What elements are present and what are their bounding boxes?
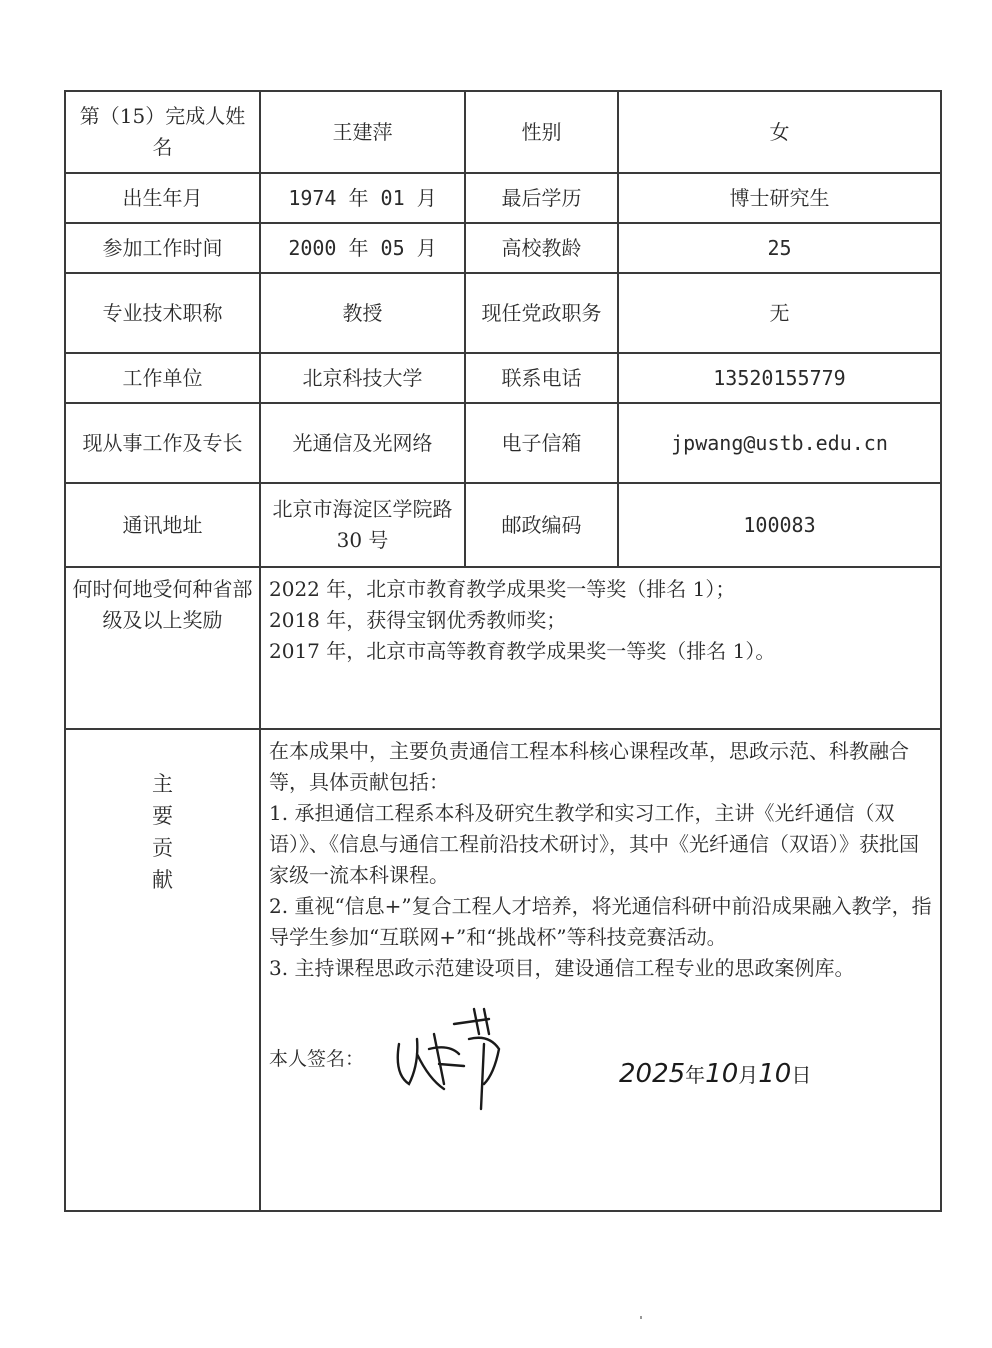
field-value-party-post: 无 [618, 273, 941, 353]
field-label: 现从事工作及专长 [65, 403, 260, 483]
table-row: 现从事工作及专长 光通信及光网络 电子信箱 jpwang@ustb.edu.cn [65, 403, 941, 483]
field-value-phone: 13520155779 [618, 353, 941, 403]
awards-label: 何时何地受何种省部级及以上奖励 [65, 567, 260, 729]
table-row: 专业技术职称 教授 现任党政职务 无 [65, 273, 941, 353]
award-item: 2017 年，北京市高等教育教学成果奖一等奖（排名 1）。 [269, 636, 932, 667]
contribution-paragraph: 2. 重视“信息+”复合工程人才培养，将光通信科研中前沿成果融入教学，指导学生参… [269, 891, 932, 953]
table-row: 通讯地址 北京市海淀区学院路 30 号 邮政编码 100083 [65, 483, 941, 567]
application-form: 第（15）完成人姓名 王建萍 性别 女 出生年月 1974 年 01 月 最后学… [64, 90, 940, 1212]
handwritten-signature-icon [389, 1004, 529, 1114]
table-row: 参加工作时间 2000 年 05 月 高校教龄 25 [65, 223, 941, 273]
contribution-text: 在本成果中，主要负责通信工程本科核心课程改革，思政示范、科教融合等，具体贡献包括… [260, 729, 941, 1211]
table-row: 第（15）完成人姓名 王建萍 性别 女 [65, 91, 941, 173]
awards-list: 2022 年，北京市教育教学成果奖一等奖（排名 1）； 2018 年，获得宝钢优… [260, 567, 941, 729]
field-label: 邮政编码 [465, 483, 618, 567]
field-value-employer: 北京科技大学 [260, 353, 465, 403]
field-label: 出生年月 [65, 173, 260, 223]
field-label: 专业技术职称 [65, 273, 260, 353]
contribution-paragraph: 在本成果中，主要负责通信工程本科核心课程改革，思政示范、科教融合等，具体贡献包括… [269, 736, 932, 798]
contribution-paragraph: 3. 主持课程思政示范建设项目，建设通信工程专业的思政案例库。 [269, 953, 932, 984]
field-value-teaching-years: 25 [618, 223, 941, 273]
field-value-birth: 1974 年 01 月 [260, 173, 465, 223]
field-value-email: jpwang@ustb.edu.cn [618, 403, 941, 483]
field-value-work-start: 2000 年 05 月 [260, 223, 465, 273]
field-label: 性别 [465, 91, 618, 173]
signature-date: 2025年10月10日 [619, 1059, 811, 1091]
field-label: 第（15）完成人姓名 [65, 91, 260, 173]
field-value-gender: 女 [618, 91, 941, 173]
field-label: 现任党政职务 [465, 273, 618, 353]
field-value-title: 教授 [260, 273, 465, 353]
field-value-specialty: 光通信及光网络 [260, 403, 465, 483]
field-value-address: 北京市海淀区学院路 30 号 [260, 483, 465, 567]
awards-row: 何时何地受何种省部级及以上奖励 2022 年，北京市教育教学成果奖一等奖（排名 … [65, 567, 941, 729]
award-item: 2018 年，获得宝钢优秀教师奖； [269, 605, 932, 636]
field-value-name: 王建萍 [260, 91, 465, 173]
field-label: 参加工作时间 [65, 223, 260, 273]
table-row: 工作单位 北京科技大学 联系电话 13520155779 [65, 353, 941, 403]
signature-area: 本人签名： 2025年10月10日 [269, 984, 932, 1114]
contribution-label: 主 要 贡 献 [65, 729, 260, 1211]
personal-info-table: 第（15）完成人姓名 王建萍 性别 女 出生年月 1974 年 01 月 最后学… [64, 90, 942, 1212]
field-label: 通讯地址 [65, 483, 260, 567]
contribution-paragraph: 1. 承担通信工程系本科及研究生教学和实习工作，主讲《光纤通信（双语）》、《信息… [269, 798, 932, 891]
field-value-education: 博士研究生 [618, 173, 941, 223]
field-label: 工作单位 [65, 353, 260, 403]
field-label: 联系电话 [465, 353, 618, 403]
contribution-row: 主 要 贡 献 在本成果中，主要负责通信工程本科核心课程改革，思政示范、科教融合… [65, 729, 941, 1211]
field-value-postcode: 100083 [618, 483, 941, 567]
field-label: 高校教龄 [465, 223, 618, 273]
signature-label: 本人签名： [269, 1044, 364, 1075]
field-label: 电子信箱 [465, 403, 618, 483]
table-row: 出生年月 1974 年 01 月 最后学历 博士研究生 [65, 173, 941, 223]
award-item: 2022 年，北京市教育教学成果奖一等奖（排名 1）； [269, 574, 932, 605]
field-label: 最后学历 [465, 173, 618, 223]
scan-speck [640, 1316, 642, 1319]
